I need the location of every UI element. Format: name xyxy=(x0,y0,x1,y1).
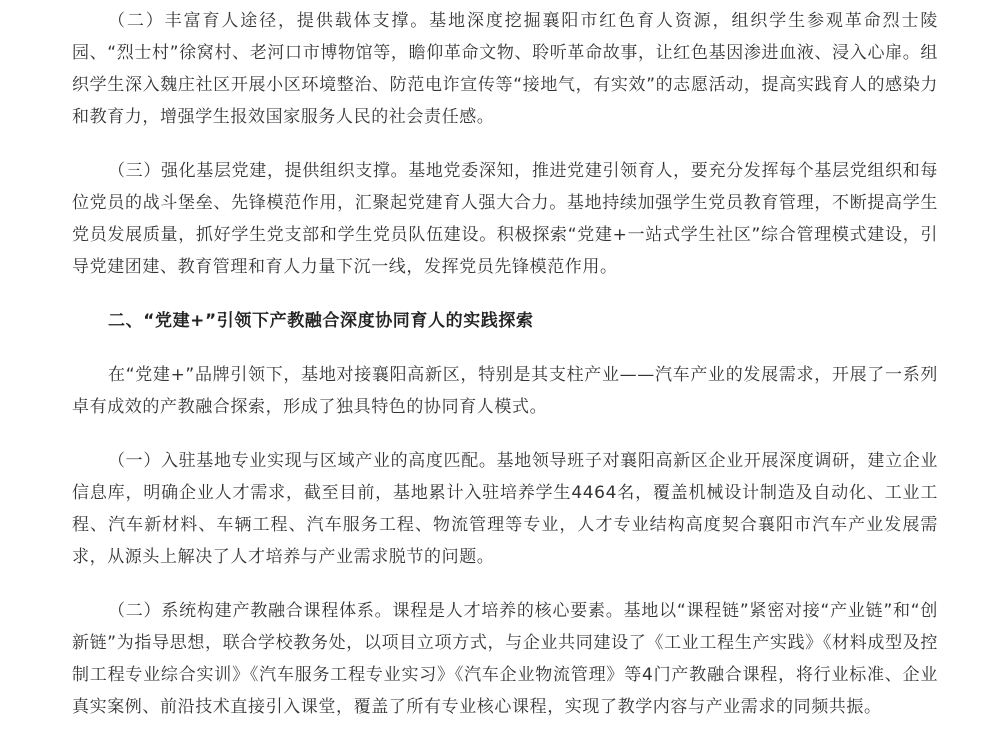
paragraph-course-system: （二）系统构建产教融合课程体系。课程是人才培养的核心要素。基地以“课程链”紧密对… xyxy=(72,595,938,723)
paragraph-major-industry-matching: （一）入驻基地专业实现与区域产业的高度匹配。基地领导班子对襄阳高新区企业开展深度… xyxy=(72,445,938,573)
section-heading-practice-exploration: 二、“党建+”引领下产教融合深度协同育人的实践探索 xyxy=(72,305,938,337)
paragraph-enrich-education-paths: （二）丰富育人途径，提供载体支撑。基地深度挖掘襄阳市红色育人资源，组织学生参观革… xyxy=(72,5,938,133)
paragraph-section-intro: 在“党建+”品牌引领下，基地对接襄阳高新区，特别是其支柱产业——汽车产业的发展需… xyxy=(72,359,938,423)
article-body: （二）丰富育人途径，提供载体支撑。基地深度挖掘襄阳市红色育人资源，组织学生参观革… xyxy=(72,5,938,745)
paragraph-strengthen-party-building: （三）强化基层党建，提供组织支撑。基地党委深知，推进党建引领育人，要充分发挥每个… xyxy=(72,155,938,283)
